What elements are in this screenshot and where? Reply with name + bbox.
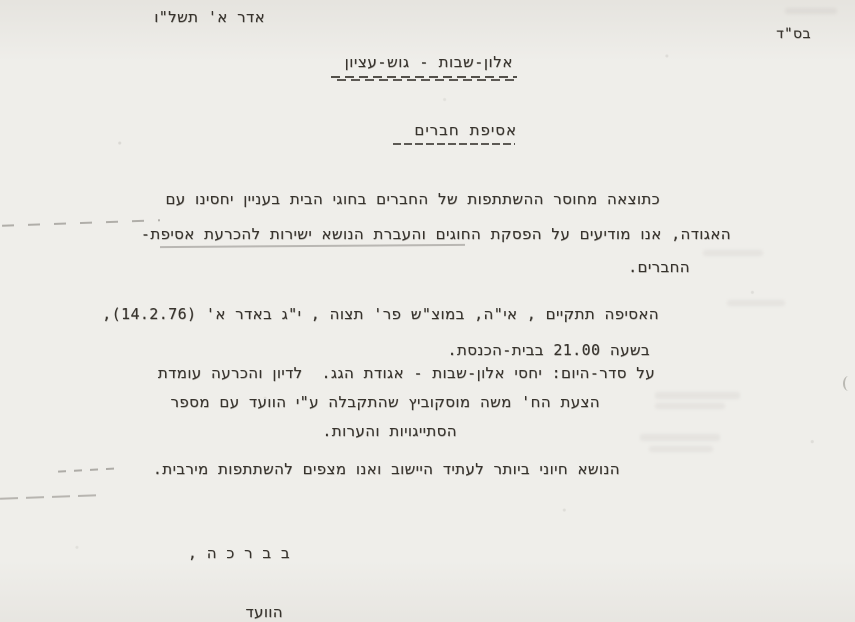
- signature-committee: הוועד: [245, 604, 283, 621]
- scan-arc-mark: [843, 376, 854, 391]
- scan-streak: [160, 244, 465, 248]
- scan-ghost-mark: [655, 403, 725, 409]
- body-line-p2-l1: האסיפה תתקיים , אי"ה, במוצ"ש פר' תצוה , …: [102, 306, 659, 323]
- document-title: אלון-שבות - גוש-עציון: [345, 54, 513, 71]
- title-underline: [331, 76, 517, 82]
- scan-streak: [0, 494, 98, 499]
- body-line-p2-l2: בשעה 21.00 בבית-הכנסת.: [448, 342, 650, 359]
- scan-ghost-mark: [640, 434, 720, 441]
- scan-ghost-mark: [785, 8, 837, 14]
- body-line-p3-l1: על סדר-היום: יחסי אלון-שבות - אגודת הגג.…: [158, 365, 655, 382]
- scan-ghost-mark: [649, 446, 713, 452]
- body-line-p1-l2: האגודה, אנו מודיעים על הפסקת החוגים והעב…: [141, 226, 731, 243]
- document-page: בס"ד אדר א' תשל"ו אלון-שבות - גוש-עציון …: [0, 0, 855, 622]
- scan-ghost-mark: [703, 250, 763, 256]
- body-line-p1-l1: כתוצאה מחוסר ההשתתפות של החברים בחוגי הב…: [165, 191, 660, 208]
- body-line-p3-l3: הסתייגויות והערות.: [322, 423, 457, 440]
- body-line-p4-l1: הנושא חיוני ביותר לעתיד היישוב ואנו מצפי…: [153, 461, 620, 478]
- date-line: אדר א' תשל"ו: [154, 9, 265, 26]
- scan-ghost-mark: [655, 392, 740, 399]
- section-heading: אסיפת חברים: [414, 122, 517, 139]
- body-line-p1-l3: החברים.: [628, 259, 690, 276]
- section-heading-underline: [393, 143, 515, 145]
- scan-ghost-mark: [727, 300, 785, 306]
- scan-streak: [2, 219, 160, 227]
- closing-salutation: ב ב ר כ ה ,: [188, 545, 290, 562]
- body-line-p3-l2: הצעת הח' משה מוסקוביץ שהתקבלה ע"י הוועד …: [171, 394, 600, 411]
- bsd-mark: בס"ד: [776, 26, 811, 42]
- scan-streak: [58, 467, 118, 472]
